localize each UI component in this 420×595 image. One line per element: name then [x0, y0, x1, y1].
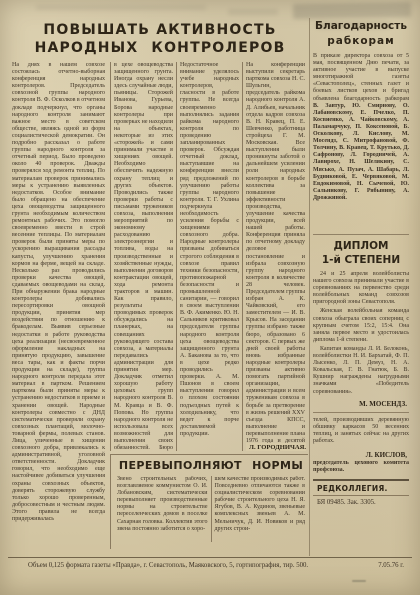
article-column-1: На днях в нашем совхозе состоялась отчет… — [12, 62, 108, 551]
article-column-4: На конференции выступили секретарь партк… — [242, 62, 308, 451]
print-bleed-smudge — [293, 2, 411, 19]
article-column-3: Недостаточное внимание уделялось учебе н… — [176, 62, 242, 451]
norms-article-title: ПЕРЕВЫПОЛНЯЮТ НОРМЫ — [114, 459, 308, 472]
norms-article-columns: Звено строительных рабочих, возглавляемо… — [114, 476, 308, 542]
page-fold-mark — [352, 580, 366, 582]
diploma-paragraph-3: Капитан команды Л. И. Белоконь, волейбол… — [313, 346, 409, 396]
diploma-title-line-1: ДИПЛОМ — [313, 239, 409, 253]
thanks-names: В. Завтур, Ю. Смирнову, О. Лабановскому,… — [313, 103, 409, 201]
norms-continuation-body: телей, производивших деревянную обшивку … — [313, 417, 409, 447]
thanks-title-line-1: Благодарность — [313, 19, 409, 34]
print-bleed-smudge — [36, 5, 206, 10]
diploma-signature: М. МОСЕНДЗ. — [313, 400, 407, 408]
main-article-signature: Л. ГОРОДНИЧАЯ. — [246, 443, 306, 451]
article-column-4-text: На конференции выступили секретарь партк… — [246, 62, 305, 451]
diploma-article: ДИПЛОМ 1-й СТЕПЕНИ 24 и 25 апреля волейб… — [313, 239, 409, 408]
diploma-paragraph-1: 24 и 25 апреля волейболисты нашего совхо… — [313, 271, 409, 306]
diploma-paragraph-2: Женская волейбольная команда совхоза обы… — [313, 308, 409, 343]
thanks-article-title: Благодарность рабкорам — [313, 19, 409, 49]
main-article-body: На днях в нашем совхозе состоялась отчет… — [12, 62, 308, 551]
thanks-article-body: В приказе директора совхоза от 5 мая, по… — [313, 53, 409, 230]
print-bleed-smudge — [228, 9, 278, 15]
norms-continuation: телей, производивших деревянную обшивку … — [313, 417, 409, 474]
thanks-title-line-2: рабкорам — [313, 34, 409, 49]
norms-continuation-signature-role: председатель цехового комитета профсоюза… — [313, 460, 409, 474]
sidebar: Благодарность рабкорам В приказе директо… — [313, 19, 409, 506]
main-title-line-2: НАРОДНЫХ КОНТРОЛЕРОВ — [12, 39, 308, 57]
section-divider — [313, 234, 409, 235]
print-code: БЯ 09485. Зак. 3305. — [313, 496, 409, 506]
article-column-2: в цехе овощеводства защищенного грунта. … — [110, 62, 176, 451]
diploma-title-line-2: 1-й СТЕПЕНИ — [313, 253, 409, 267]
main-article: ПОВЫШАТЬ АКТИВНОСТЬ НАРОДНЫХ КОНТРОЛЕРОВ… — [12, 21, 308, 551]
main-article-columns: в цехе овощеводства защищенного грунта. … — [110, 62, 308, 451]
main-article-right-block: в цехе овощеводства защищенного грунта. … — [110, 62, 308, 551]
footer-imprint: Объем 0,125 формата газеты «Правда», г. … — [28, 562, 358, 569]
column-rule — [309, 18, 310, 556]
footer-date: 7.05.76 г. — [378, 562, 404, 569]
editorial-board-label: РЕДКОЛЛЕГИЯ. — [313, 481, 409, 495]
norms-column-2: шем качестве производимых работ. Повседн… — [211, 476, 309, 542]
thanks-intro: В приказе директора совхоза от 5 мая, по… — [313, 53, 409, 102]
norms-column-1: Звено строительных рабочих, возглавляемо… — [114, 476, 211, 542]
main-article-title: ПОВЫШАТЬ АКТИВНОСТЬ НАРОДНЫХ КОНТРОЛЕРОВ — [12, 21, 308, 57]
thanks-article: Благодарность рабкорам В приказе директо… — [313, 19, 409, 230]
norms-article: ПЕРЕВЫПОЛНЯЮТ НОРМЫ Звено строительных р… — [110, 454, 308, 549]
diploma-article-title: ДИПЛОМ 1-й СТЕПЕНИ — [313, 239, 409, 267]
main-title-line-1: ПОВЫШАТЬ АКТИВНОСТЬ — [12, 21, 308, 39]
newspaper-page: ПОВЫШАТЬ АКТИВНОСТЬ НАРОДНЫХ КОНТРОЛЕРОВ… — [0, 0, 420, 595]
footer-rule — [8, 557, 412, 558]
norms-continuation-signature: Л. КИСЛОВ, — [313, 451, 407, 459]
section-divider — [313, 412, 409, 413]
editorial-board-rule — [313, 479, 409, 482]
